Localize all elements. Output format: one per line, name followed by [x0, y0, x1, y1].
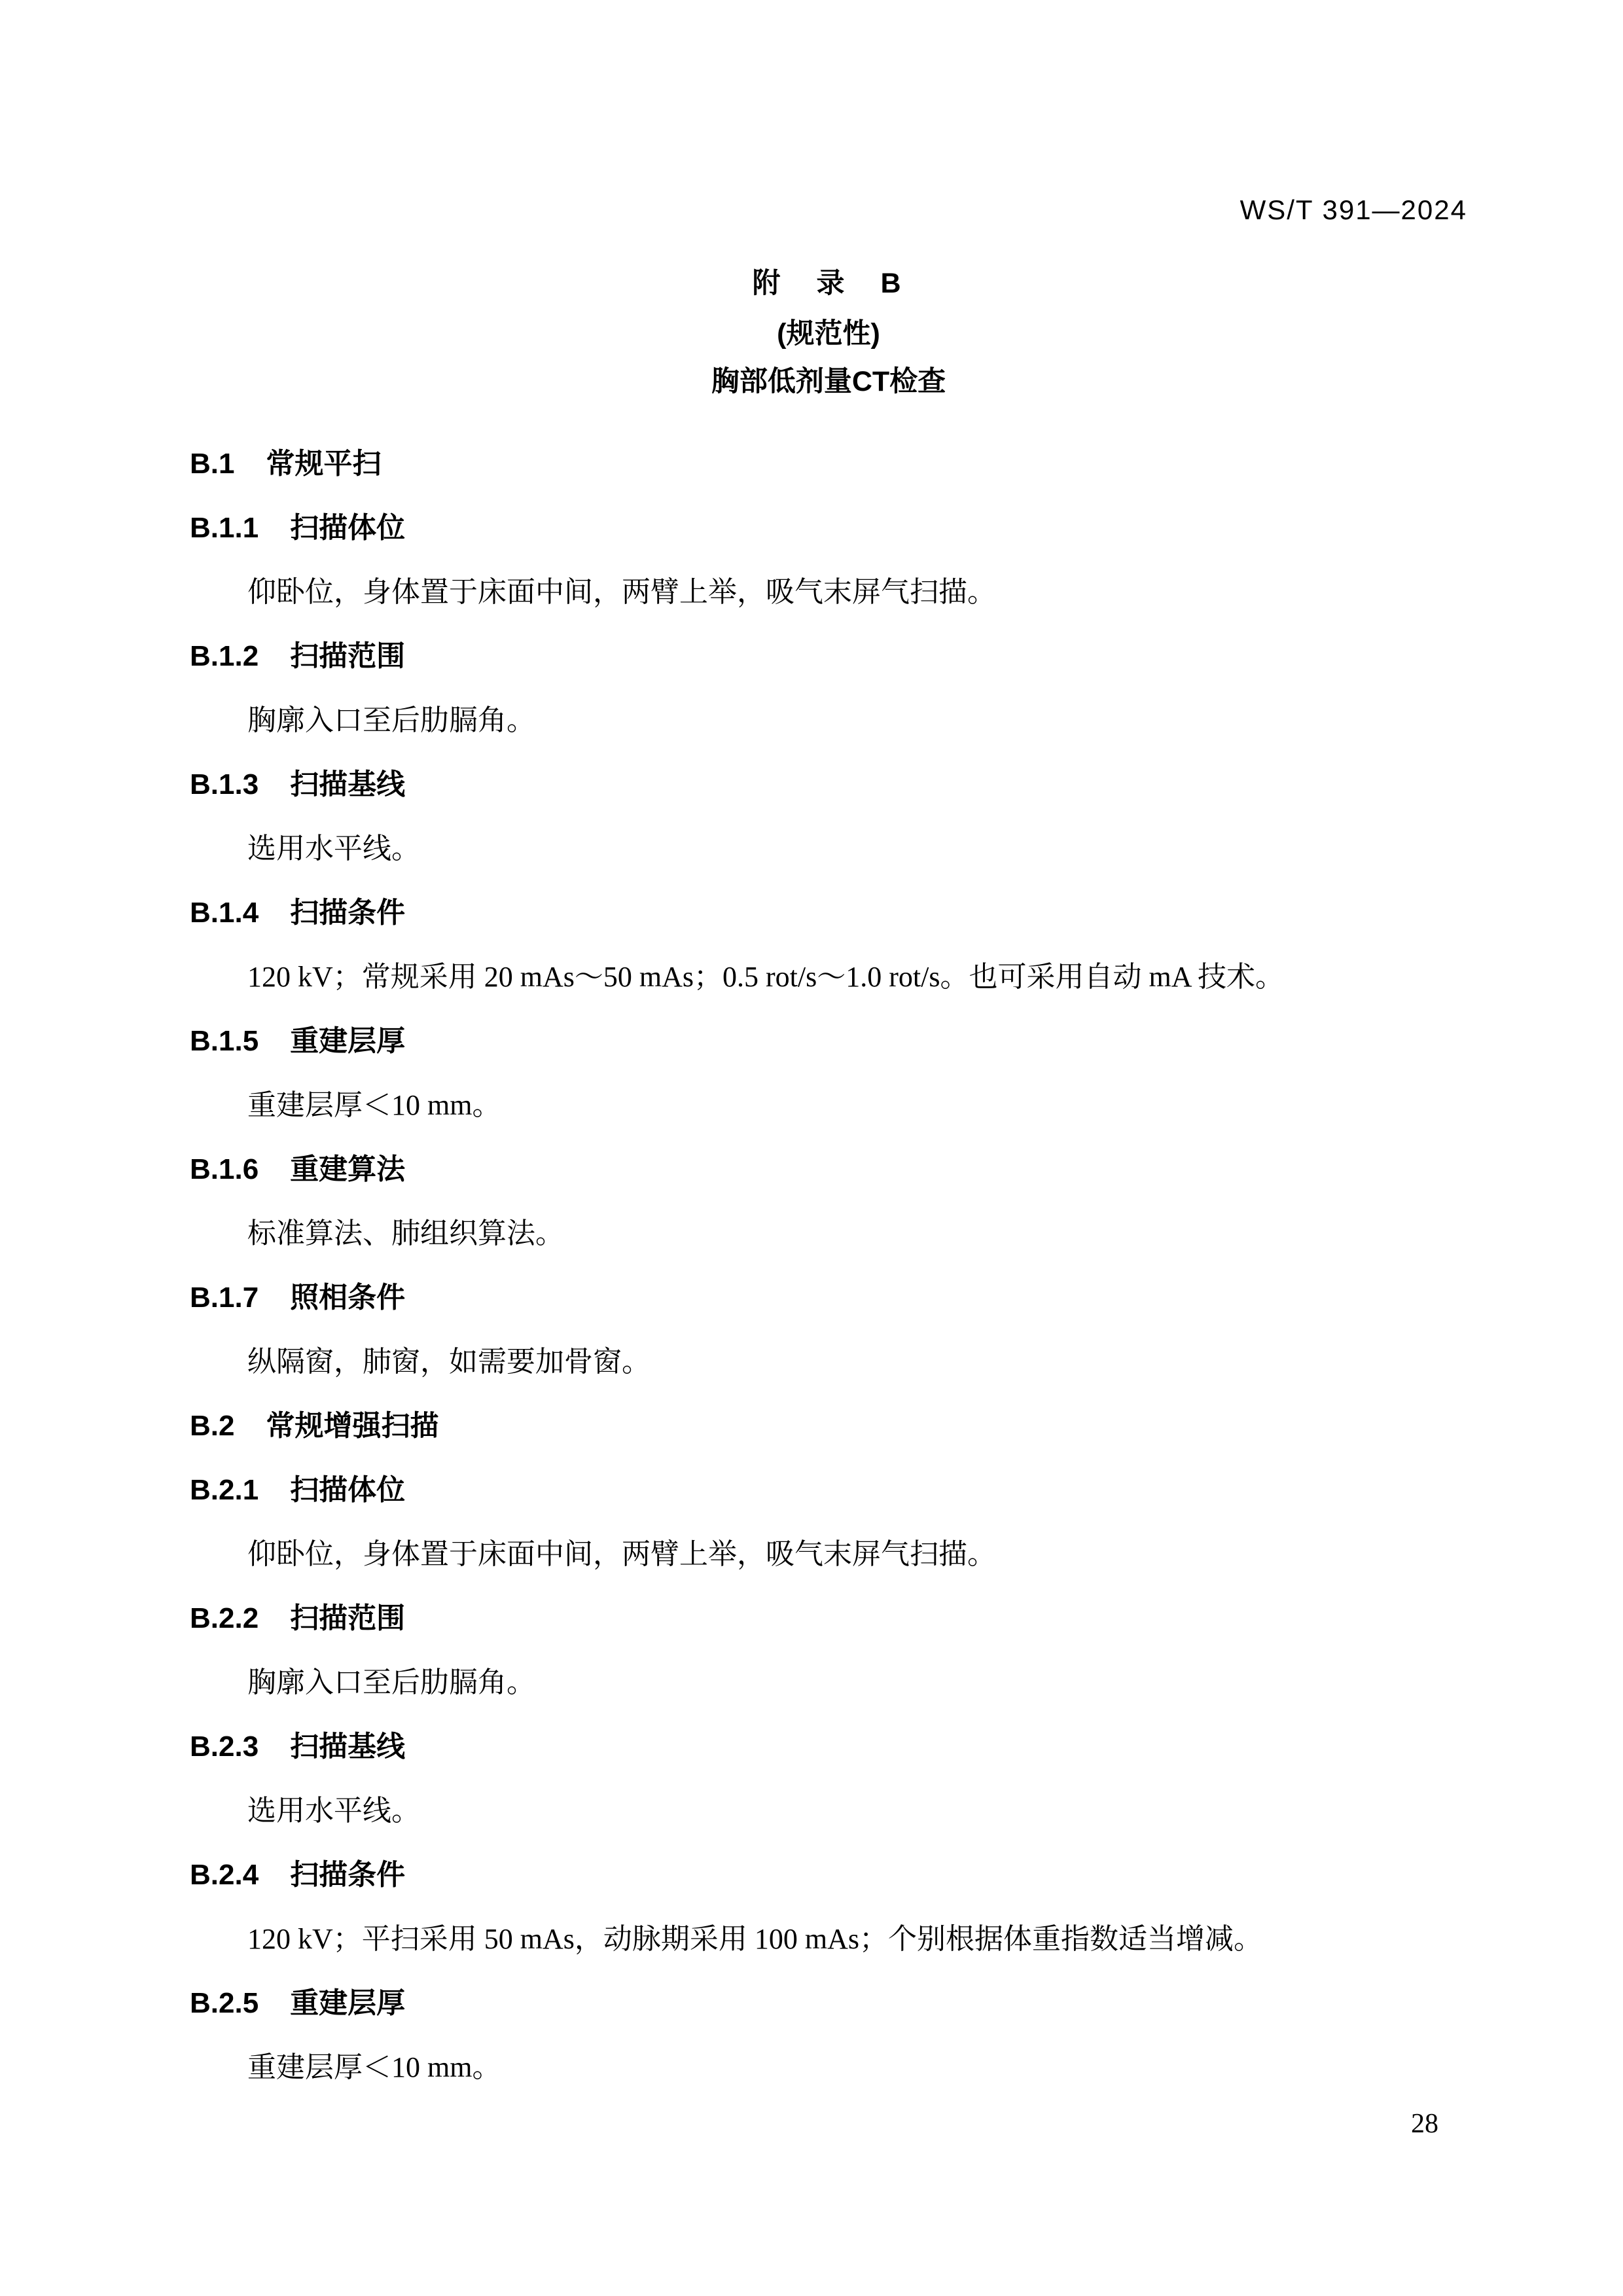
section-number: B.1.5 [190, 1025, 259, 1057]
section-number: B.1.4 [190, 897, 259, 929]
section-number: B.2.5 [190, 1987, 259, 2019]
body-paragraph: 重建层厚＜10 mm。 [190, 1086, 1467, 1124]
section-heading-b1-5: B.1.5重建层厚 [190, 1022, 1467, 1060]
body-paragraph: 仰卧位，身体置于床面中间，两臂上举，吸气末屏气扫描。 [190, 1535, 1467, 1573]
section-title: 扫描范围 [290, 1602, 405, 1634]
section-number: B.2.4 [190, 1859, 259, 1891]
section-heading-b2-5: B.2.5重建层厚 [190, 1984, 1467, 2022]
appendix-subject-title: 胸部低剂量CT检查 [190, 363, 1467, 401]
body-paragraph: 选用水平线。 [190, 1792, 1467, 1829]
section-number: B.2.1 [190, 1474, 259, 1506]
page-number: 28 [1411, 2109, 1438, 2139]
section-number: B.1 [190, 448, 234, 480]
section-title: 重建层厚 [290, 1025, 405, 1057]
section-title: 重建算法 [290, 1153, 405, 1185]
section-heading-b1-2: B.1.2扫描范围 [190, 637, 1467, 675]
section-heading-b2: B.2常规增强扫描 [190, 1407, 1467, 1444]
document-page: WS/T 391—2024 附 录 B (规范性) 胸部低剂量CT检查 B.1常… [0, 0, 1623, 2296]
section-number: B.1.2 [190, 640, 259, 672]
body-paragraph: 选用水平线。 [190, 830, 1467, 867]
body-paragraph: 120 kV；常规采用 20 mAs～50 mAs；0.5 rot/s～1.0 … [190, 958, 1467, 996]
section-number: B.1.1 [190, 512, 259, 544]
section-heading-b2-2: B.2.2扫描范围 [190, 1600, 1467, 1637]
section-title: 照相条件 [290, 1282, 405, 1314]
section-title: 扫描范围 [290, 640, 405, 672]
section-heading-b1-3: B.1.3扫描基线 [190, 766, 1467, 803]
section-number: B.2.2 [190, 1602, 259, 1634]
body-paragraph: 标准算法、肺组织算法。 [190, 1215, 1467, 1252]
section-heading-b1-6: B.1.6重建算法 [190, 1151, 1467, 1188]
section-number: B.1.7 [190, 1282, 259, 1314]
section-number: B.1.6 [190, 1153, 259, 1185]
appendix-normative-label: (规范性) [190, 315, 1467, 353]
body-paragraph: 120 kV；平扫采用 50 mAs，动脉期采用 100 mAs；个别根据体重指… [190, 1920, 1467, 1958]
section-heading-b2-4: B.2.4扫描条件 [190, 1856, 1467, 1893]
section-title: 重建层厚 [290, 1987, 405, 2019]
appendix-title: 附 录 B [190, 265, 1467, 302]
body-paragraph: 重建层厚＜10 mm。 [190, 2049, 1467, 2086]
body-paragraph: 胸廓入口至后肋膈角。 [190, 702, 1467, 739]
body-paragraph: 胸廓入口至后肋膈角。 [190, 1664, 1467, 1701]
section-heading-b2-1: B.2.1扫描体位 [190, 1471, 1467, 1509]
section-number: B.1.3 [190, 768, 259, 800]
section-heading-b1: B.1常规平扫 [190, 445, 1467, 482]
section-title: 扫描基线 [290, 768, 405, 800]
body-paragraph: 仰卧位，身体置于床面中间，两臂上举，吸气末屏气扫描。 [190, 573, 1467, 611]
section-title: 扫描基线 [290, 1731, 405, 1763]
section-title: 常规增强扫描 [266, 1410, 438, 1442]
section-number: B.2.3 [190, 1731, 259, 1763]
standard-number-header: WS/T 391—2024 [190, 191, 1467, 228]
body-paragraph: 纵隔窗，肺窗，如需要加骨窗。 [190, 1343, 1467, 1380]
section-title: 扫描条件 [290, 897, 405, 929]
section-heading-b2-3: B.2.3扫描基线 [190, 1728, 1467, 1765]
section-title: 扫描体位 [290, 512, 405, 544]
section-heading-b1-4: B.1.4扫描条件 [190, 894, 1467, 931]
section-heading-b1-1: B.1.1扫描体位 [190, 509, 1467, 547]
section-heading-b1-7: B.1.7照相条件 [190, 1279, 1467, 1316]
section-title: 常规平扫 [266, 448, 381, 480]
section-title: 扫描条件 [290, 1859, 405, 1891]
section-title: 扫描体位 [290, 1474, 405, 1506]
section-number: B.2 [190, 1410, 234, 1442]
